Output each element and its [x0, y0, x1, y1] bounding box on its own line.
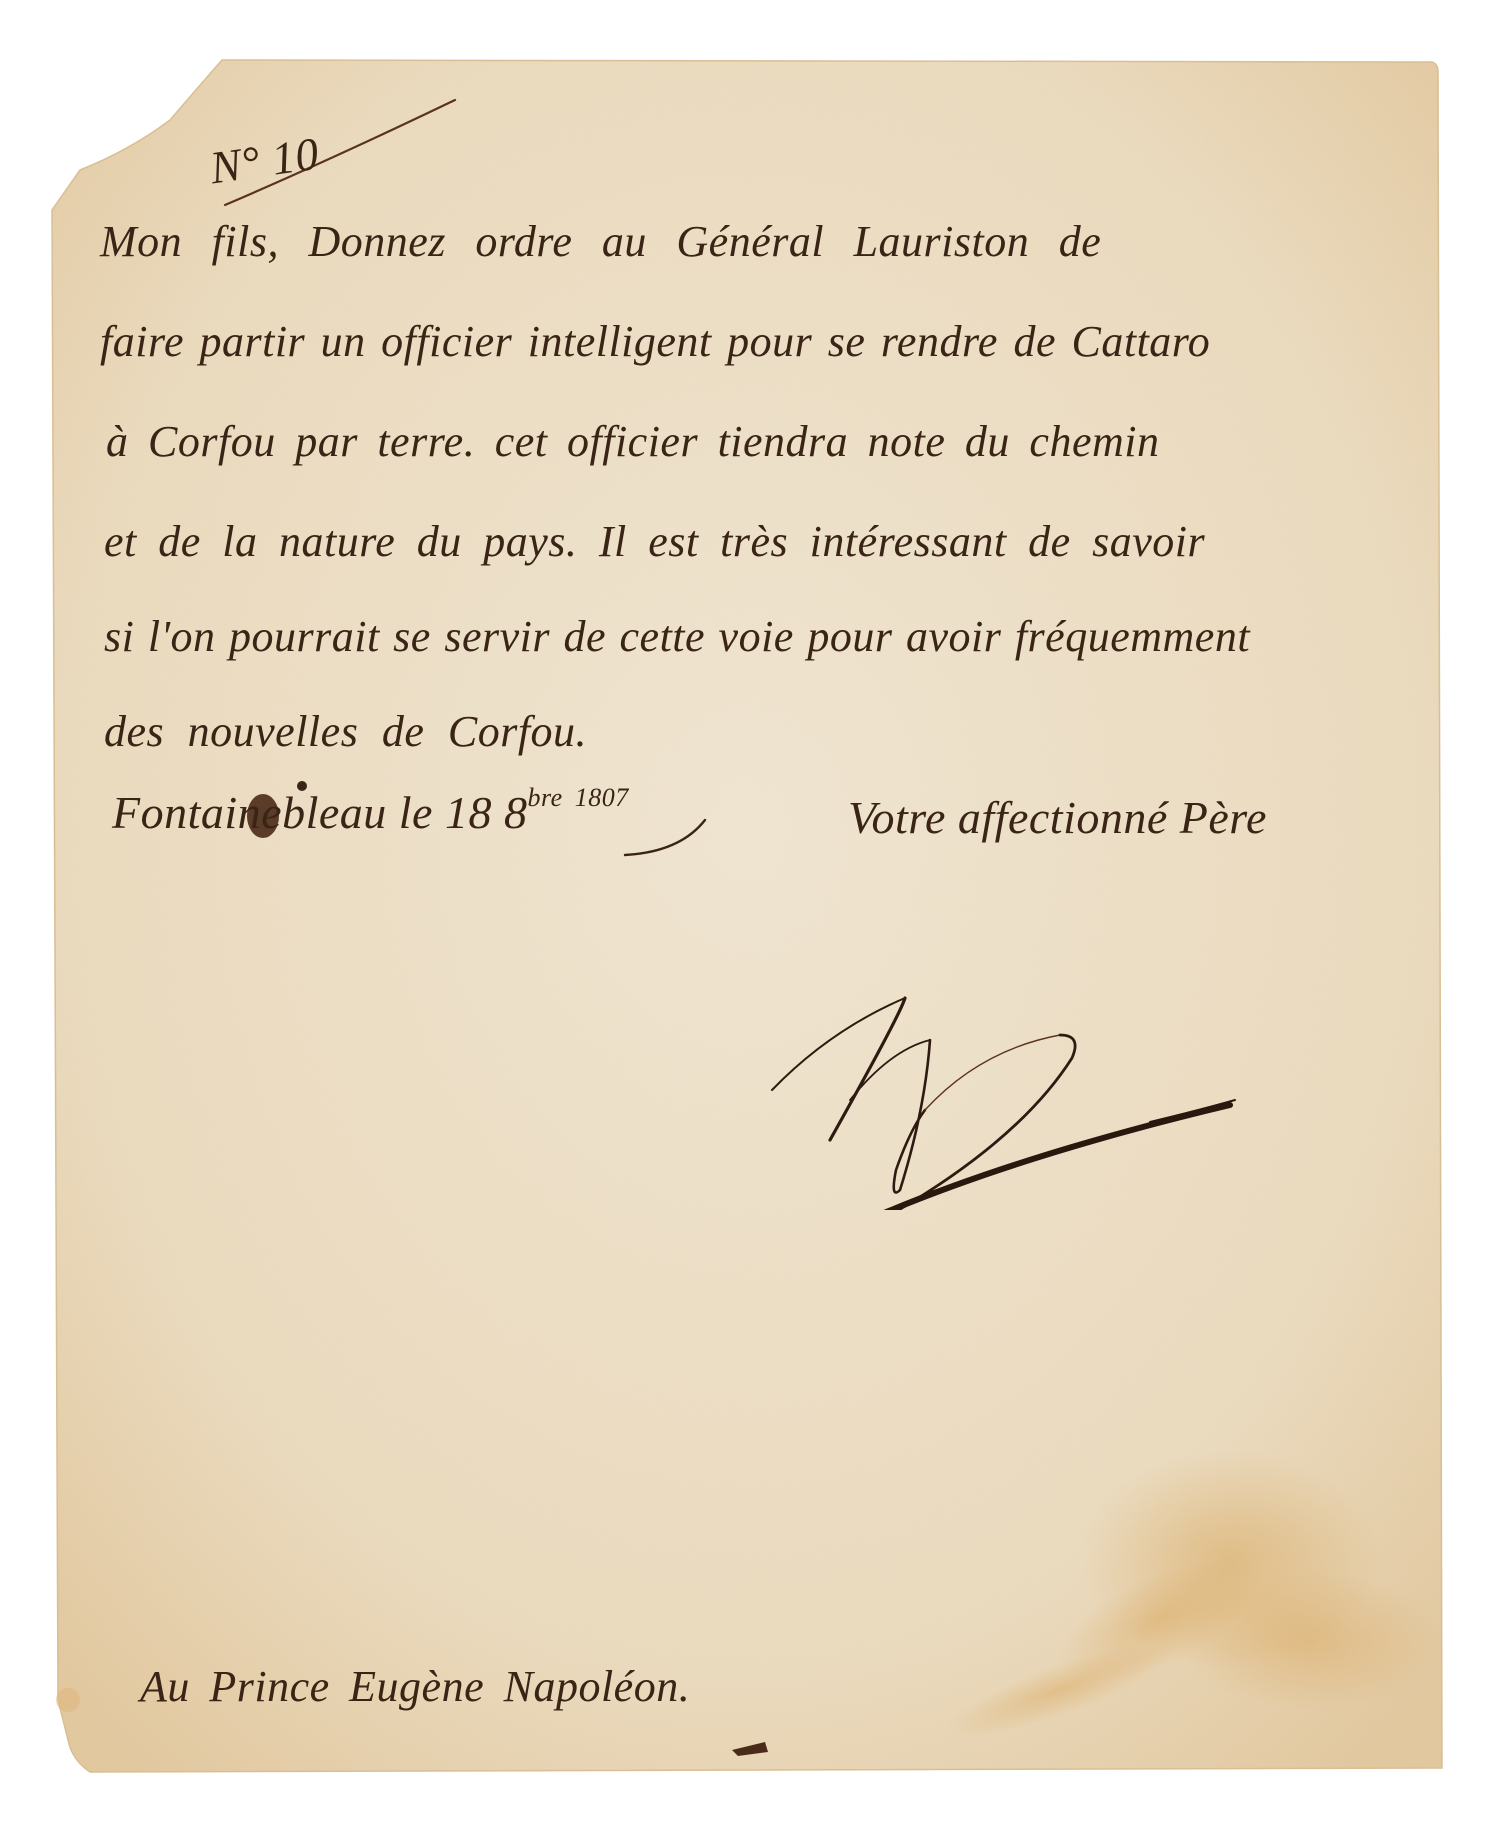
- signature: [720, 940, 1240, 1210]
- body-line-1: Mon fils, Donnez ordre au Général Lauris…: [100, 220, 1101, 264]
- closing-salutation: Votre affectionné Père: [848, 795, 1267, 841]
- dateline-year: 1807: [575, 783, 629, 812]
- letter-paper: [0, 0, 1500, 1825]
- body-line-6: des nouvelles de Corfou.: [104, 710, 587, 754]
- dateline-place: Fontainebleau le 18 8: [112, 787, 527, 838]
- edge-stain: [56, 1688, 80, 1712]
- body-line-3: à Corfou par terre. cet officier tiendra…: [106, 420, 1160, 464]
- body-line-5: si l'on pourrait se servir de cette voie…: [104, 615, 1250, 659]
- address-line: Au Prince Eugène Napoléon.: [140, 1665, 690, 1709]
- body-line-2: faire partir un officier intelligent pou…: [100, 320, 1210, 364]
- dateline: Fontainebleau le 18 8bre 1807: [112, 790, 629, 836]
- dateline-superscript: bre: [527, 783, 562, 812]
- body-line-4: et de la nature du pays. Il est très int…: [104, 520, 1205, 564]
- signature-strokes: [720, 940, 1240, 1210]
